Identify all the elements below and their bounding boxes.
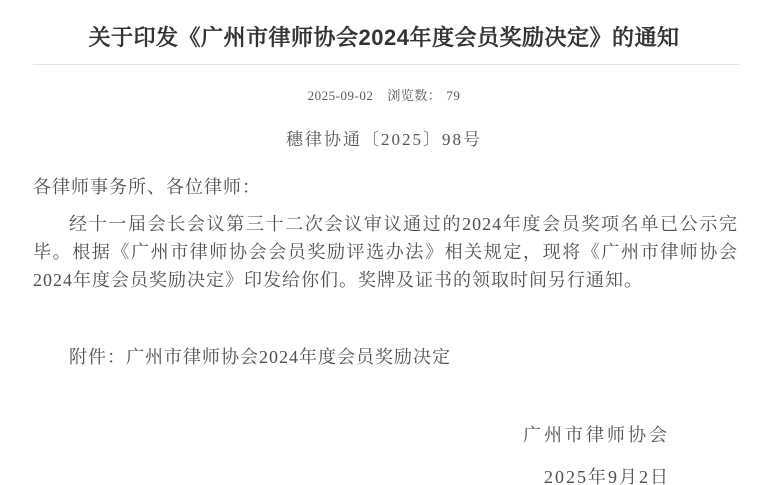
signature-org: 广州市律师协会 [33,421,670,449]
body-paragraph: 经十一届会长会议第三十二次会议审议通过的2024年度会员奖项名单已公示完毕。根据… [33,210,738,294]
notice-page: 关于印发《广州市律师协会2024年度会员奖励决定》的通知 2025-09-02浏… [0,0,768,485]
notice-body: 各律师事务所、各位律师： 经十一届会长会议第三十二次会议审议通过的2024年度会… [33,173,738,485]
document-number: 穗律协通〔2025〕98号 [0,125,768,150]
title-divider [33,64,739,65]
views-label: 浏览数： [387,88,441,103]
meta-line: 2025-09-02浏览数：79 [0,85,768,104]
attachment-link[interactable]: 附件：广州市律师协会2024年度会员奖励决定 [33,343,738,371]
publish-date: 2025-09-02 [308,88,374,103]
page-title: 关于印发《广州市律师协会2024年度会员奖励决定》的通知 [0,0,768,53]
salutation: 各律师事务所、各位律师： [33,173,738,201]
signature-block: 广州市律师协会 2025年9月2日 [33,421,738,485]
views-count: 79 [446,88,460,103]
signature-date: 2025年9月2日 [33,463,670,485]
